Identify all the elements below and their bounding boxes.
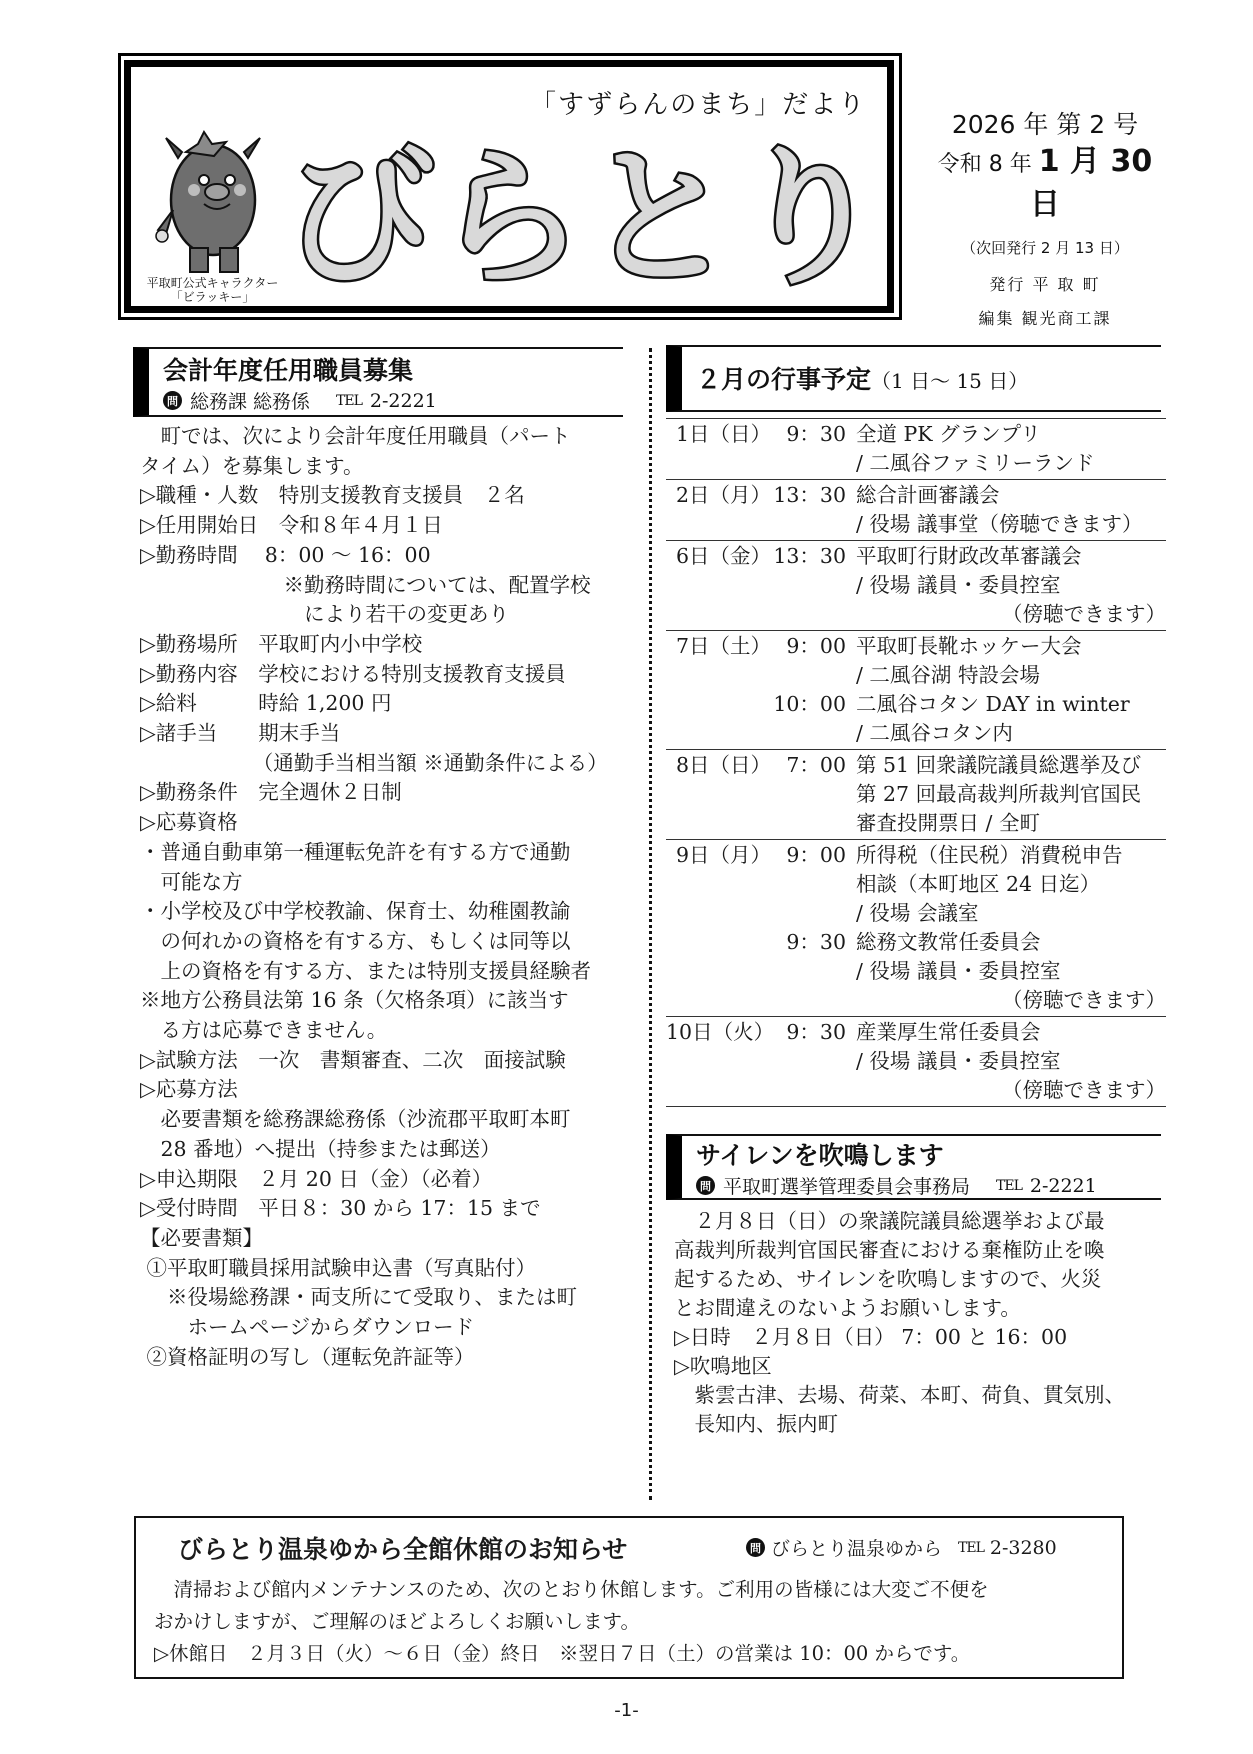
siren-contact: 問 平取町選挙管理委員会事務局 TEL 2-2221 xyxy=(696,1172,1161,1199)
event-line: 8日（日）7：00第 51 回衆議院議員総選挙及び xyxy=(666,751,1166,780)
event-time xyxy=(771,449,856,478)
text-line: ▷職種・人数 特別支援教育支援員 ２名 xyxy=(140,481,630,511)
event-description: 総務文教常任委員会 xyxy=(856,928,1166,957)
text-line: 28 番地）へ提出（持参または郵送） xyxy=(140,1135,630,1165)
event-line: 9日（月）9：00所得税（住民税）消費税申告 xyxy=(666,841,1166,870)
text-line: ・小学校及び中学校教諭、保育士、幼稚園教諭 xyxy=(140,897,630,927)
mascot-bull-icon xyxy=(148,130,278,280)
event-line: 7日（土）9：00平取町長靴ホッケー大会 xyxy=(666,632,1166,661)
event-description: / 役場 議員・委員控室 xyxy=(856,1047,1166,1076)
text-line: ▷試験方法 一次 書類審査、二次 面接試験 xyxy=(140,1046,630,1076)
text-line: る方は応募できません。 xyxy=(140,1016,630,1046)
event-row: 9日（月）9：00所得税（住民税）消費税申告相談（本町地区 24 日迄）/ 役場… xyxy=(666,840,1166,1017)
text-line: ・普通自動車第一種運転免許を有する方で通勤 xyxy=(140,838,630,868)
siren-contact-dept: 平取町選挙管理委員会事務局 xyxy=(723,1172,970,1199)
event-description: 所得税（住民税）消費税申告 xyxy=(856,841,1166,870)
text-line: ▷休館日 ２月３日（火）〜６日（金）終日 ※翌日７日（土）の営業は 10：00 … xyxy=(154,1638,989,1670)
text-line: ▷勤務時間 8：00 〜 16：00 xyxy=(140,541,630,571)
text-line: ▷給料 時給 1,200 円 xyxy=(140,689,630,719)
event-date xyxy=(666,1076,771,1105)
inquiry-icon: 問 xyxy=(696,1176,715,1195)
event-line: 審査投開票日 / 全町 xyxy=(666,809,1166,838)
text-line: 【必要書類】 xyxy=(140,1224,630,1254)
column-divider xyxy=(649,348,652,1500)
mascot-caption-line-2: 「ビラッキー」 xyxy=(130,290,295,304)
event-row: 10日（火）9：30産業厚生常任委員会/ 役場 議員・委員控室（傍聴できます） xyxy=(666,1017,1166,1107)
text-line: ２月８日（日）の衆議院議員総選挙および最 xyxy=(674,1207,1164,1236)
event-date: 8日（日） xyxy=(666,751,771,780)
event-time xyxy=(771,510,856,539)
onsen-notice-body: 清掃および館内メンテナンスのため、次のとおり休館します。ご利用の皆様には大変ご不… xyxy=(154,1574,989,1670)
onsen-tel: 2-3280 xyxy=(990,1537,1057,1559)
event-date xyxy=(666,986,771,1015)
event-line: 相談（本町地区 24 日迄） xyxy=(666,870,1166,899)
event-line: （傍聴できます） xyxy=(666,1076,1166,1105)
page-number: -1- xyxy=(0,1700,1253,1721)
event-date xyxy=(666,1047,771,1076)
event-date xyxy=(666,690,771,719)
event-description: 総合計画審議会 xyxy=(856,481,1166,510)
editor: 編集 観光商工課 xyxy=(920,302,1170,336)
text-line: ▷勤務内容 学校における特別支援教育支援員 xyxy=(140,660,630,690)
event-line: / 役場 会議室 xyxy=(666,899,1166,928)
event-time xyxy=(771,1047,856,1076)
text-line: 長知内、振内町 xyxy=(674,1410,1164,1439)
text-line: 起するため、サイレンを吹鳴しますので、火災 xyxy=(674,1265,1164,1294)
events-title: ２月の行事予定（1 日〜 15 日） xyxy=(696,360,1161,396)
event-date: 6日（金） xyxy=(666,542,771,571)
event-row: 7日（土）9：00平取町長靴ホッケー大会/ 二風谷湖 特設会場10：00二風谷コ… xyxy=(666,631,1166,750)
event-line: 10：00二風谷コタン DAY in winter xyxy=(666,690,1166,719)
event-date xyxy=(666,870,771,899)
event-description: （傍聴できます） xyxy=(856,1076,1166,1105)
text-line: タイム）を募集します。 xyxy=(140,452,630,482)
siren-header: サイレンを吹鳴します 問 平取町選挙管理委員会事務局 TEL 2-2221 xyxy=(666,1134,1161,1200)
event-date: 9日（月） xyxy=(666,841,771,870)
event-description: 産業厚生常任委員会 xyxy=(856,1018,1166,1047)
text-line: ※役場総務課・両支所にて受取り、または町 xyxy=(140,1283,630,1313)
event-description: / 役場 議員・委員控室 xyxy=(856,571,1166,600)
event-line: / 役場 議員・委員控室 xyxy=(666,571,1166,600)
event-date xyxy=(666,449,771,478)
event-date xyxy=(666,928,771,957)
text-line: ▷日時 ２月８日（日） 7：00 と 16：00 xyxy=(674,1323,1164,1352)
recruit-contact-dept: 総務課 総務係 xyxy=(190,387,310,414)
event-date xyxy=(666,510,771,539)
event-line: / 役場 議事堂（傍聴できます） xyxy=(666,510,1166,539)
event-date xyxy=(666,719,771,748)
event-row: 8日（日）7：00第 51 回衆議院議員総選挙及び第 27 回最高裁判所裁判官国… xyxy=(666,750,1166,840)
event-line: 1日（日）9：30全道 PK グランプリ xyxy=(666,420,1166,449)
event-time: 9：00 xyxy=(771,841,856,870)
event-description: / 役場 議事堂（傍聴できます） xyxy=(856,510,1166,539)
event-time xyxy=(771,1076,856,1105)
events-title-text: ２月の行事予定 xyxy=(696,365,871,394)
mascot-caption: 平取町公式キャラクター 「ビラッキー」 xyxy=(130,276,295,304)
event-time: 9：30 xyxy=(771,1018,856,1047)
text-line: 高裁判所裁判官国民審査における棄権防止を喚 xyxy=(674,1236,1164,1265)
inquiry-icon: 問 xyxy=(746,1538,765,1557)
event-date xyxy=(666,899,771,928)
event-date: 7日（土） xyxy=(666,632,771,661)
event-time xyxy=(771,899,856,928)
event-description: 平取町行財政改革審議会 xyxy=(856,542,1166,571)
event-row: 1日（日）9：30全道 PK グランプリ/ 二風谷ファミリーランド xyxy=(666,419,1166,480)
event-line: / 役場 議員・委員控室 xyxy=(666,1047,1166,1076)
onsen-notice-box: びらとり温泉ゆから全館休館のお知らせ 問 びらとり温泉ゆから TEL 2-328… xyxy=(134,1516,1124,1679)
text-line: により若干の変更あり xyxy=(140,600,630,630)
text-line: ▷勤務場所 平取町内小中学校 xyxy=(140,630,630,660)
event-date xyxy=(666,600,771,629)
issue-date-era: 令和 8 年 xyxy=(938,152,1039,177)
event-description: / 二風谷湖 特設会場 xyxy=(856,661,1166,690)
event-line: 6日（金）13：30平取町行財政改革審議会 xyxy=(666,542,1166,571)
event-date: 1日（日） xyxy=(666,420,771,449)
event-description: 相談（本町地区 24 日迄） xyxy=(856,870,1166,899)
event-line: （傍聴できます） xyxy=(666,600,1166,629)
event-line: / 二風谷コタン内 xyxy=(666,719,1166,748)
siren-body: ２月８日（日）の衆議院議員総選挙および最高裁判所裁判官国民審査における棄権防止を… xyxy=(674,1207,1164,1439)
event-line: 9：30総務文教常任委員会 xyxy=(666,928,1166,957)
event-line: / 二風谷ファミリーランド xyxy=(666,449,1166,478)
event-description: 第 27 回最高裁判所裁判官国民 xyxy=(856,780,1166,809)
onsen-contact-name: びらとり温泉ゆから xyxy=(771,1534,942,1561)
event-description: 審査投開票日 / 全町 xyxy=(856,809,1166,838)
issue-year: 2026 年 第 2 号 xyxy=(920,108,1170,142)
event-time: 10：00 xyxy=(771,690,856,719)
text-line: ▷申込期限 ２月 20 日（金）（必着） xyxy=(140,1165,630,1195)
event-time: 13：30 xyxy=(771,481,856,510)
onsen-notice-title: びらとり温泉ゆから全館休館のお知らせ xyxy=(178,1530,627,1566)
text-line: ホームページからダウンロード xyxy=(140,1313,630,1343)
event-time xyxy=(771,957,856,986)
text-line: ▷任用開始日 令和８年４月１日 xyxy=(140,511,630,541)
text-line: 必要書類を総務課総務係（沙流郡平取町本町 xyxy=(140,1105,630,1135)
mascot-caption-line-1: 平取町公式キャラクター xyxy=(130,276,295,290)
event-time xyxy=(771,719,856,748)
event-description: 二風谷コタン DAY in winter xyxy=(856,690,1166,719)
tel-icon: TEL xyxy=(958,1540,984,1556)
recruit-header: 会計年度任用職員募集 問 総務課 総務係 TEL 2-2221 xyxy=(133,347,623,417)
issue-date: 令和 8 年 1 月 30 日 xyxy=(920,142,1170,228)
text-line: おかけしますが、ご理解のほどよろしくお願いします。 xyxy=(154,1606,989,1638)
event-description: / 二風谷コタン内 xyxy=(856,719,1166,748)
inquiry-icon: 問 xyxy=(163,391,182,410)
event-line: / 二風谷湖 特設会場 xyxy=(666,661,1166,690)
event-time xyxy=(771,780,856,809)
event-row: 6日（金）13：30平取町行財政改革審議会/ 役場 議員・委員控室（傍聴できます… xyxy=(666,541,1166,631)
text-line: ▷吹鳴地区 xyxy=(674,1352,1164,1381)
event-description: （傍聴できます） xyxy=(856,986,1166,1015)
recruit-body: 町では、次により会計年度任用職員（パートタイム）を募集します。▷職種・人数 特別… xyxy=(140,422,630,1373)
event-description: / 役場 会議室 xyxy=(856,899,1166,928)
siren-tel: 2-2221 xyxy=(1030,1175,1097,1197)
event-description: / 役場 議員・委員控室 xyxy=(856,957,1166,986)
text-line: 上の資格を有する方、または特別支援員経験者 xyxy=(140,957,630,987)
event-line: （傍聴できます） xyxy=(666,986,1166,1015)
event-description: 全道 PK グランプリ xyxy=(856,420,1166,449)
text-line: ②資格証明の写し（運転免許証等） xyxy=(140,1343,630,1373)
event-time xyxy=(771,600,856,629)
issue-date-main: 1 月 30 日 xyxy=(1030,144,1152,222)
tel-icon: TEL xyxy=(996,1178,1022,1194)
text-line: （通勤手当相当額 ※通勤条件による） xyxy=(140,749,630,779)
event-time: 9：30 xyxy=(771,928,856,957)
event-time: 7：00 xyxy=(771,751,856,780)
masthead-subtitle: 「すずらんのまち」だより xyxy=(530,84,866,121)
recruit-title: 会計年度任用職員募集 xyxy=(163,351,623,387)
events-title-range: （1 日〜 15 日） xyxy=(871,369,1028,393)
text-line: 紫雲古津、去場、荷菜、本町、荷負、貫気別、 xyxy=(674,1381,1164,1410)
event-date xyxy=(666,571,771,600)
event-time: 13：30 xyxy=(771,542,856,571)
logo-title: びらとり xyxy=(285,120,885,300)
publisher: 発行 平 取 町 xyxy=(920,268,1170,302)
event-description: 平取町長靴ホッケー大会 xyxy=(856,632,1166,661)
issue-info: 2026 年 第 2 号 令和 8 年 1 月 30 日 （次回発行 2 月 1… xyxy=(920,108,1170,336)
tel-icon: TEL xyxy=(336,393,362,409)
recruit-contact: 問 総務課 総務係 TEL 2-2221 xyxy=(163,387,623,414)
text-line: とお間違えのないようお願いします。 xyxy=(674,1294,1164,1323)
event-line: 2日（月）13：30総合計画審議会 xyxy=(666,481,1166,510)
event-time xyxy=(771,986,856,1015)
event-time: 9：00 xyxy=(771,632,856,661)
text-line: 可能な方 xyxy=(140,868,630,898)
event-line: 第 27 回最高裁判所裁判官国民 xyxy=(666,780,1166,809)
text-line: の何れかの資格を有する方、もしくは同等以 xyxy=(140,927,630,957)
event-date: 2日（月） xyxy=(666,481,771,510)
event-date xyxy=(666,957,771,986)
svg-text:びらとり: びらとり xyxy=(285,132,885,300)
text-line: ※勤務時間については、配置学校 xyxy=(140,571,630,601)
siren-title: サイレンを吹鳴します xyxy=(696,1136,1161,1172)
event-description: 第 51 回衆議院議員総選挙及び xyxy=(856,751,1166,780)
text-line: 町では、次により会計年度任用職員（パート xyxy=(140,422,630,452)
event-time: 9：30 xyxy=(771,420,856,449)
text-line: ▷受付時間 平日８：30 から 17：15 まで xyxy=(140,1194,630,1224)
event-line: / 役場 議員・委員控室 xyxy=(666,957,1166,986)
event-time xyxy=(771,661,856,690)
onsen-contact: 問 びらとり温泉ゆから TEL 2-3280 xyxy=(746,1534,1057,1561)
event-date xyxy=(666,661,771,690)
event-date xyxy=(666,809,771,838)
text-line: ①平取町職員採用試験申込書（写真貼付） xyxy=(140,1254,630,1284)
event-date: 10日（火） xyxy=(666,1018,771,1047)
text-line: ▷諸手当 期末手当 xyxy=(140,719,630,749)
events-table: 1日（日）9：30全道 PK グランプリ/ 二風谷ファミリーランド2日（月）13… xyxy=(666,418,1166,1107)
text-line: ※地方公務員法第 16 条（欠格条項）に該当す xyxy=(140,986,630,1016)
event-time xyxy=(771,870,856,899)
text-line: ▷勤務条件 完全週休２日制 xyxy=(140,778,630,808)
next-issue-date: （次回発行 2 月 13 日） xyxy=(920,228,1170,268)
events-header: ２月の行事予定（1 日〜 15 日） xyxy=(666,345,1161,412)
event-time xyxy=(771,809,856,838)
event-date xyxy=(666,780,771,809)
recruit-tel: 2-2221 xyxy=(370,390,437,412)
event-time xyxy=(771,571,856,600)
text-line: ▷応募資格 xyxy=(140,808,630,838)
event-description: （傍聴できます） xyxy=(856,600,1166,629)
event-row: 2日（月）13：30総合計画審議会/ 役場 議事堂（傍聴できます） xyxy=(666,480,1166,541)
event-description: / 二風谷ファミリーランド xyxy=(856,449,1166,478)
text-line: 清掃および館内メンテナンスのため、次のとおり休館します。ご利用の皆様には大変ご不… xyxy=(154,1574,989,1606)
event-line: 10日（火）9：30産業厚生常任委員会 xyxy=(666,1018,1166,1047)
text-line: ▷応募方法 xyxy=(140,1075,630,1105)
